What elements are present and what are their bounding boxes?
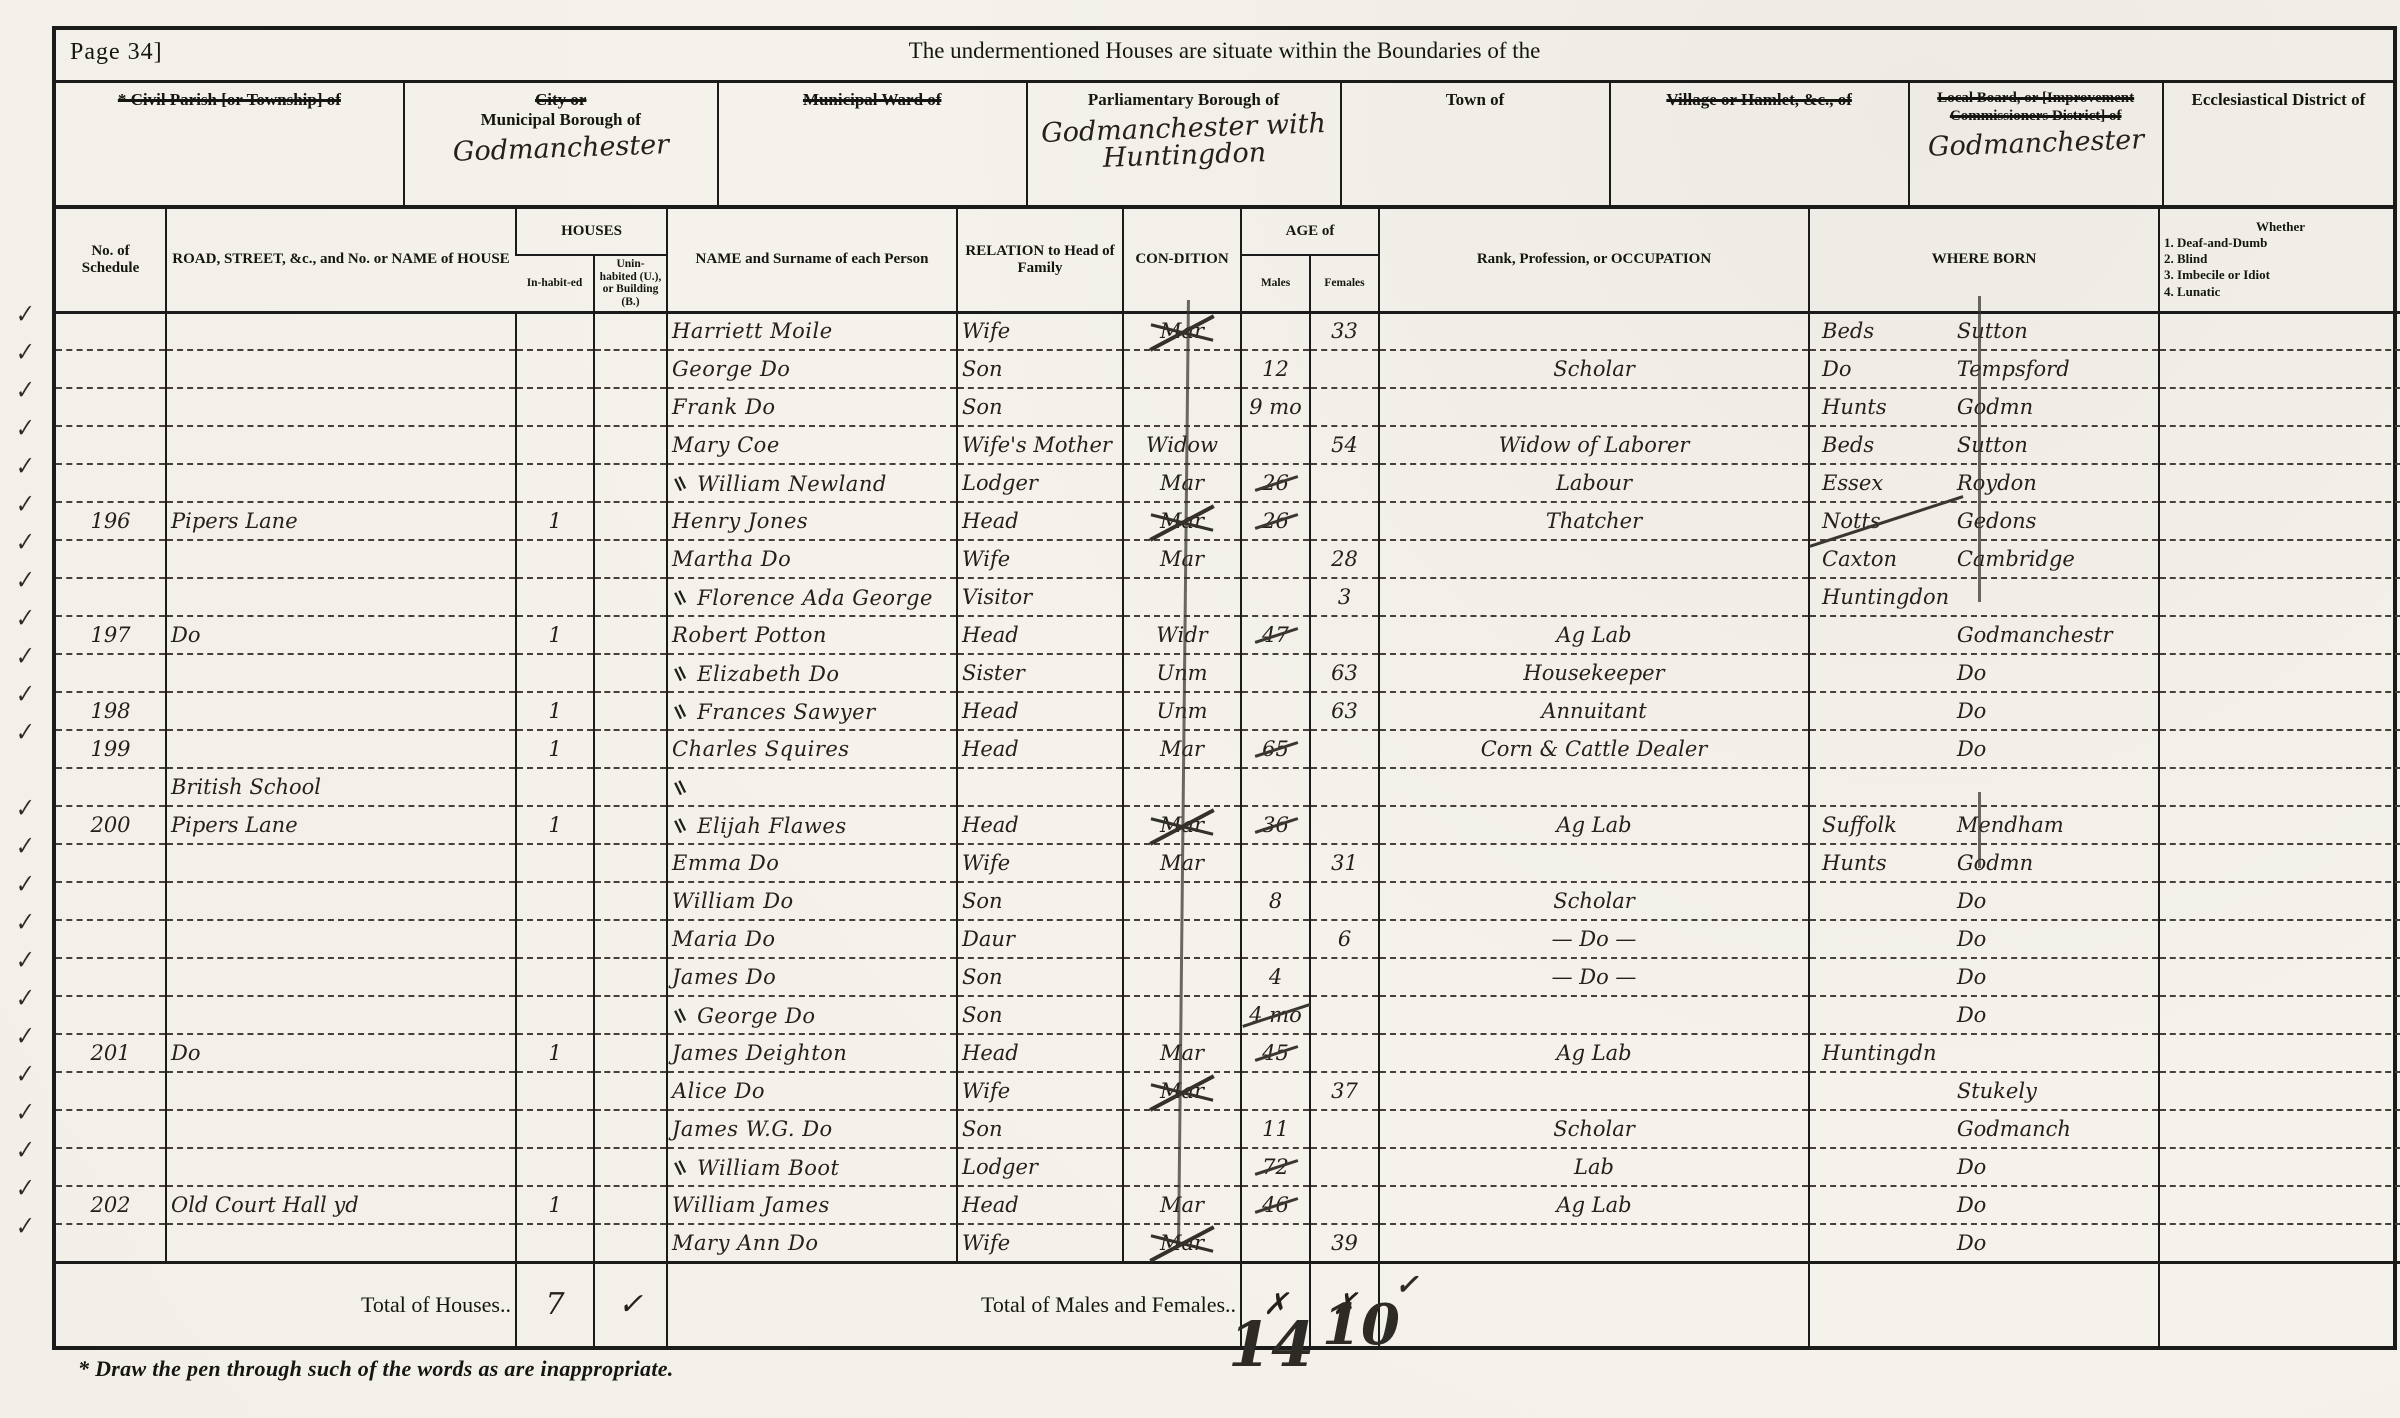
where-born-cell: Godmanchestr <box>1809 616 2159 654</box>
column-headers: No. ofSchedule ROAD, STREET, &c., and No… <box>56 209 2400 312</box>
schedule-cell <box>56 768 166 806</box>
schedule-cell <box>56 958 166 996</box>
whether-cell <box>2159 426 2400 464</box>
age-males-cell: 4 mo <box>1241 996 1310 1034</box>
address-cell <box>166 1110 516 1148</box>
census-row: =Florence Ada GeorgeVisitor3Huntingdon <box>56 578 2400 616</box>
whether-cell <box>2159 654 2400 692</box>
age-males-cell <box>1241 844 1310 882</box>
inhabited-cell: 1 <box>516 502 594 540</box>
occupation-cell <box>1379 578 1809 616</box>
pencil-stroke-born-divider-mid <box>1978 792 1981 868</box>
age-males-cell: 12 <box>1241 350 1310 388</box>
condition-cell: Mar <box>1123 312 1241 350</box>
margin-check-mark: ✓ <box>12 984 36 1013</box>
census-row: 196Pipers Lane1Henry JonesHeadMar26Thatc… <box>56 502 2400 540</box>
whether-cell <box>2159 540 2400 578</box>
age-males-cell: 4 <box>1241 958 1310 996</box>
census-row: =William BootLodger72LabDo <box>56 1148 2400 1186</box>
whether-cell <box>2159 578 2400 616</box>
uninhabited-cell <box>594 1186 667 1224</box>
occupation-cell: Thatcher <box>1379 502 1809 540</box>
age-females-cell: 63 <box>1310 654 1379 692</box>
whether-cell <box>2159 1148 2400 1186</box>
census-row: British School= <box>56 768 2400 806</box>
ecclesiastical-district-value <box>2170 111 2387 119</box>
census-row: 202Old Court Hall yd1William JamesHeadMa… <box>56 1186 2400 1224</box>
relation-cell: Visitor <box>957 578 1123 616</box>
whether-cell <box>2159 844 2400 882</box>
relation-cell: Wife <box>957 312 1123 350</box>
relation-cell: Wife <box>957 1072 1123 1110</box>
occupation-cell: Lab <box>1379 1148 1809 1186</box>
margin-check-mark: ✓ <box>12 490 36 519</box>
schedule-cell: 196 <box>56 502 166 540</box>
age-males-cell: 26 <box>1241 502 1310 540</box>
col-header-name: NAME and Surname of each Person <box>667 209 957 312</box>
age-males-cell <box>1241 578 1310 616</box>
census-row: Mary Ann DoWifeMar39Do <box>56 1224 2400 1262</box>
totals-blank-whether <box>2159 1262 2400 1346</box>
inhabited-cell <box>516 578 594 616</box>
schedule-cell <box>56 350 166 388</box>
age-males-cell: 47 <box>1241 616 1310 654</box>
occupation-cell: Housekeeper <box>1379 654 1809 692</box>
condition-cell <box>1123 578 1241 616</box>
col-header-whether: Whether 1. Deaf-and-Dumb 2. Blind 3. Imb… <box>2159 209 2400 312</box>
census-row: =William NewlandLodgerMar26LabourEssexRo… <box>56 464 2400 502</box>
margin-check-mark: ✓ <box>12 604 36 633</box>
address-cell <box>166 1148 516 1186</box>
margin-check-mark: ✓ <box>12 870 36 899</box>
census-row: Frank DoSon9 moHuntsGodmn <box>56 388 2400 426</box>
occupation-cell: Scholar <box>1379 1110 1809 1148</box>
occupation-cell <box>1379 768 1809 806</box>
where-born-cell: Huntingdn <box>1809 1034 2159 1072</box>
town-label: Town of <box>1348 90 1603 110</box>
inhabited-cell <box>516 388 594 426</box>
inhabited-cell <box>516 350 594 388</box>
col-header-houses: HOUSES <box>516 209 667 255</box>
relation-cell: Son <box>957 350 1123 388</box>
margin-check-mark: ✓ <box>12 680 36 709</box>
occupation-cell: Ag Lab <box>1379 1186 1809 1224</box>
name-cell: Harriett Moile <box>667 312 957 350</box>
relation-cell: Wife's Mother <box>957 426 1123 464</box>
uninhabited-cell <box>594 806 667 844</box>
pencil-check-females-total: ✓ <box>1395 1268 1418 1301</box>
uninhabited-cell <box>594 730 667 768</box>
address-cell <box>166 730 516 768</box>
age-females-cell <box>1310 350 1379 388</box>
name-cell: Mary Coe <box>667 426 957 464</box>
inhabited-cell <box>516 1110 594 1148</box>
margin-check-mark: ✓ <box>12 338 36 367</box>
uninhabited-cell <box>594 578 667 616</box>
name-cell: James Do <box>667 958 957 996</box>
loc-box-parliamentary-borough: Parliamentary Borough of Godmanchester w… <box>1028 83 1342 205</box>
inhabited-cell: 1 <box>516 730 594 768</box>
age-females-cell: 28 <box>1310 540 1379 578</box>
municipal-ward-label: Municipal Ward of <box>725 90 1020 110</box>
whether-cell <box>2159 692 2400 730</box>
whether-cell <box>2159 882 2400 920</box>
name-cell: =Florence Ada George <box>667 578 957 616</box>
form-frame: Page 34] The undermentioned Houses are s… <box>52 26 2397 1350</box>
name-cell: =Elijah Flawes <box>667 806 957 844</box>
address-cell <box>166 426 516 464</box>
page-title: The undermentioned Houses are situate wi… <box>56 38 2393 64</box>
census-row: 1981=Frances SawyerHeadUnm63AnnuitantDo <box>56 692 2400 730</box>
municipal-borough-value: Godmanchester <box>410 130 711 167</box>
whether-cell <box>2159 1110 2400 1148</box>
address-cell <box>166 540 516 578</box>
schedule-cell <box>56 388 166 426</box>
name-cell: =George Do <box>667 996 957 1034</box>
margin-check-mark: ✓ <box>12 1060 36 1089</box>
uninhabited-cell <box>594 654 667 692</box>
margin-check-mark: ✓ <box>12 414 36 443</box>
where-born-cell: Do <box>1809 1186 2159 1224</box>
age-males-cell <box>1241 654 1310 692</box>
schedule-cell <box>56 1110 166 1148</box>
inhabited-cell <box>516 958 594 996</box>
schedule-cell <box>56 464 166 502</box>
occupation-cell: Labour <box>1379 464 1809 502</box>
name-cell: Mary Ann Do <box>667 1224 957 1262</box>
occupation-cell <box>1379 844 1809 882</box>
name-cell: James Deighton <box>667 1034 957 1072</box>
whether-cell <box>2159 1186 2400 1224</box>
schedule-cell <box>56 996 166 1034</box>
schedule-cell <box>56 540 166 578</box>
relation-cell: Head <box>957 730 1123 768</box>
census-row: Maria DoDaur6— Do —Do <box>56 920 2400 958</box>
schedule-cell: 197 <box>56 616 166 654</box>
address-cell <box>166 882 516 920</box>
where-born-cell: HuntsGodmn <box>1809 388 2159 426</box>
inhabited-cell <box>516 654 594 692</box>
page-header: Page 34] The undermentioned Houses are s… <box>56 30 2393 83</box>
occupation-cell: Scholar <box>1379 350 1809 388</box>
occupation-cell: Scholar <box>1379 882 1809 920</box>
where-born-cell: Huntingdon <box>1809 578 2159 616</box>
pencil-total-females: 10 <box>1322 1292 1400 1358</box>
occupation-cell: Ag Lab <box>1379 616 1809 654</box>
col-header-females: Females <box>1310 255 1379 312</box>
schedule-cell <box>56 1224 166 1262</box>
age-males-cell <box>1241 426 1310 464</box>
where-born-cell: EssexRoydon <box>1809 464 2159 502</box>
relation-cell: Lodger <box>957 1148 1123 1186</box>
occupation-cell <box>1379 312 1809 350</box>
where-born-cell: BedsSutton <box>1809 426 2159 464</box>
name-cell: James W.G. Do <box>667 1110 957 1148</box>
age-males-cell <box>1241 1224 1310 1262</box>
age-males-cell <box>1241 768 1310 806</box>
name-cell: Alice Do <box>667 1072 957 1110</box>
address-cell <box>166 692 516 730</box>
age-females-cell <box>1310 882 1379 920</box>
address-cell <box>166 920 516 958</box>
occupation-cell: — Do — <box>1379 958 1809 996</box>
census-row: 201Do1James DeightonHeadMar45Ag LabHunti… <box>56 1034 2400 1072</box>
condition-cell: Mar <box>1123 1224 1241 1262</box>
inhabited-cell: 1 <box>516 1186 594 1224</box>
relation-cell: Son <box>957 996 1123 1034</box>
age-females-cell: 54 <box>1310 426 1379 464</box>
margin-check-mark: ✓ <box>12 1136 36 1165</box>
uninhabited-cell <box>594 996 667 1034</box>
margin-check-mark: ✓ <box>12 908 36 937</box>
census-row: 1991Charles SquiresHeadMar65Corn & Cattl… <box>56 730 2400 768</box>
total-houses-label: Total of Houses.. <box>56 1262 516 1346</box>
local-board-label: Local Board, or [Improvement Commissione… <box>1916 90 2156 125</box>
address-cell <box>166 958 516 996</box>
inhabited-cell <box>516 464 594 502</box>
loc-box-ecclesiastical: Ecclesiastical District of <box>2164 83 2393 205</box>
relation-cell: Head <box>957 806 1123 844</box>
where-born-cell: NottsGedons <box>1809 502 2159 540</box>
uninhabited-cell <box>594 1148 667 1186</box>
census-row: 200Pipers Lane1=Elijah FlawesHeadMar36Ag… <box>56 806 2400 844</box>
margin-check-mark: ✓ <box>12 376 36 405</box>
address-cell: Old Court Hall yd <box>166 1186 516 1224</box>
age-females-cell <box>1310 464 1379 502</box>
col-header-occupation: Rank, Profession, or OCCUPATION <box>1379 209 1809 312</box>
uninhabited-cell <box>594 692 667 730</box>
inhabited-cell <box>516 844 594 882</box>
relation-cell: Son <box>957 882 1123 920</box>
whether-cell <box>2159 1224 2400 1262</box>
occupation-cell: Corn & Cattle Dealer <box>1379 730 1809 768</box>
whether-cell <box>2159 464 2400 502</box>
inhabited-cell: 1 <box>516 692 594 730</box>
name-cell: Henry Jones <box>667 502 957 540</box>
age-females-cell: 63 <box>1310 692 1379 730</box>
margin-check-mark: ✓ <box>12 718 36 747</box>
address-cell: Pipers Lane <box>166 502 516 540</box>
ecclesiastical-district-label: Ecclesiastical District of <box>2170 90 2387 110</box>
age-females-cell: 3 <box>1310 578 1379 616</box>
local-board-value: Godmanchester <box>1915 126 2156 161</box>
civil-parish-label: * Civil Parish [or Township] of <box>62 90 397 110</box>
uninhabited-cell <box>594 350 667 388</box>
age-females-cell <box>1310 502 1379 540</box>
where-born-cell: DoTempsford <box>1809 350 2159 388</box>
census-rows: Harriett MoileWifeMar33BedsSuttonGeorge … <box>56 312 2400 1262</box>
census-row: =Elizabeth DoSisterUnm63HousekeeperDo <box>56 654 2400 692</box>
where-born-cell: Do <box>1809 1148 2159 1186</box>
relation-cell: Head <box>957 1186 1123 1224</box>
margin-check-mark: ✓ <box>12 1212 36 1241</box>
where-born-cell: Do <box>1809 654 2159 692</box>
whether-cell <box>2159 996 2400 1034</box>
whether-cell <box>2159 388 2400 426</box>
age-females-cell: 31 <box>1310 844 1379 882</box>
where-born-cell: Do <box>1809 996 2159 1034</box>
col-header-males: Males <box>1241 255 1310 312</box>
totals-blank-born <box>1809 1262 2159 1346</box>
margin-check-mark: ✓ <box>12 452 36 481</box>
schedule-cell <box>56 920 166 958</box>
address-cell <box>166 1224 516 1262</box>
inhabited-cell <box>516 1224 594 1262</box>
age-females-cell <box>1310 616 1379 654</box>
whether-cell <box>2159 958 2400 996</box>
schedule-cell: 198 <box>56 692 166 730</box>
age-females-cell <box>1310 1148 1379 1186</box>
inhabited-cell <box>516 540 594 578</box>
col-header-inhabited: In-habit-ed <box>516 255 594 312</box>
name-cell: Emma Do <box>667 844 957 882</box>
condition-cell: Mar <box>1123 1072 1241 1110</box>
schedule-cell: 199 <box>56 730 166 768</box>
age-males-cell <box>1241 312 1310 350</box>
col-header-relation: RELATION to Head of Family <box>957 209 1123 312</box>
where-born-cell: SuffolkMendham <box>1809 806 2159 844</box>
census-row: Emma DoWifeMar31HuntsGodmn <box>56 844 2400 882</box>
totals-blank-occupation <box>1379 1262 1809 1346</box>
inhabited-cell <box>516 768 594 806</box>
uninhabited-cell <box>594 426 667 464</box>
inhabited-cell <box>516 1148 594 1186</box>
uninhabited-cell <box>594 1034 667 1072</box>
age-males-cell: 45 <box>1241 1034 1310 1072</box>
uninhabited-cell <box>594 502 667 540</box>
condition-cell: Mar <box>1123 464 1241 502</box>
relation-cell: Head <box>957 692 1123 730</box>
col-header-schedule: No. ofSchedule <box>56 209 166 312</box>
age-males-cell <box>1241 920 1310 958</box>
parliamentary-borough-value: Godmanchester with Huntingdon <box>1033 110 1335 174</box>
pencil-total-males: 14 <box>1228 1308 1314 1381</box>
condition-cell: Mar <box>1123 540 1241 578</box>
age-males-cell: 26 <box>1241 464 1310 502</box>
inhabited-cell <box>516 920 594 958</box>
occupation-cell: Annuitant <box>1379 692 1809 730</box>
margin-check-mark: ✓ <box>12 566 36 595</box>
schedule-cell <box>56 1072 166 1110</box>
age-females-cell: 33 <box>1310 312 1379 350</box>
age-females-cell <box>1310 806 1379 844</box>
schedule-cell <box>56 578 166 616</box>
uninhabited-cell <box>594 1110 667 1148</box>
relation-cell: Wife <box>957 844 1123 882</box>
whether-cell <box>2159 768 2400 806</box>
address-cell <box>166 1072 516 1110</box>
inhabited-cell: 1 <box>516 1034 594 1072</box>
col-header-road: ROAD, STREET, &c., and No. or NAME of HO… <box>166 209 516 312</box>
name-cell: =Frances Sawyer <box>667 692 957 730</box>
schedule-cell <box>56 882 166 920</box>
condition-cell <box>1123 350 1241 388</box>
col-header-age: AGE of <box>1241 209 1379 255</box>
census-row: 197Do1Robert PottonHeadWidr47Ag LabGodma… <box>56 616 2400 654</box>
relation-cell: Son <box>957 388 1123 426</box>
relation-cell: Son <box>957 958 1123 996</box>
uninhabited-cell <box>594 540 667 578</box>
age-females-cell <box>1310 958 1379 996</box>
village-hamlet-label: Village or Hamlet, &c., of <box>1617 90 1902 110</box>
uninhabited-cell <box>594 882 667 920</box>
condition-cell <box>1123 1148 1241 1186</box>
uninhabited-cell <box>594 312 667 350</box>
name-cell: Maria Do <box>667 920 957 958</box>
margin-check-mark: ✓ <box>12 642 36 671</box>
margin-check-mark: ✓ <box>12 794 36 823</box>
footnote: * Draw the pen through such of the words… <box>78 1356 674 1382</box>
where-born-cell: Do <box>1809 920 2159 958</box>
inhabited-cell <box>516 882 594 920</box>
relation-cell: Daur <box>957 920 1123 958</box>
schedule-cell <box>56 1148 166 1186</box>
whether-cell <box>2159 1072 2400 1110</box>
where-born-cell: Do <box>1809 730 2159 768</box>
whether-cell <box>2159 920 2400 958</box>
village-hamlet-value <box>1617 110 1902 120</box>
where-born-cell: Do <box>1809 958 2159 996</box>
condition-cell: Widow <box>1123 426 1241 464</box>
where-born-cell: Godmanch <box>1809 1110 2159 1148</box>
age-females-cell <box>1310 1034 1379 1072</box>
where-born-cell <box>1809 768 2159 806</box>
age-females-cell: 6 <box>1310 920 1379 958</box>
name-cell: George Do <box>667 350 957 388</box>
col-header-where-born: WHERE BORN <box>1809 209 2159 312</box>
relation-cell: Wife <box>957 1224 1123 1262</box>
loc-box-village: Village or Hamlet, &c., of <box>1611 83 1910 205</box>
relation-cell: Head <box>957 616 1123 654</box>
census-row: Harriett MoileWifeMar33BedsSutton <box>56 312 2400 350</box>
loc-box-local-board: Local Board, or [Improvement Commissione… <box>1910 83 2164 205</box>
where-born-cell: CaxtonCambridge <box>1809 540 2159 578</box>
city-or-label: City or <box>535 90 586 109</box>
schedule-cell <box>56 312 166 350</box>
margin-check-mark: ✓ <box>12 1022 36 1051</box>
whether-cell <box>2159 730 2400 768</box>
uninhabited-cell <box>594 388 667 426</box>
total-uninhabited-check: ✓ <box>594 1262 667 1346</box>
occupation-cell <box>1379 388 1809 426</box>
census-row: George DoSon12ScholarDoTempsford <box>56 350 2400 388</box>
margin-check-mark: ✓ <box>12 1174 36 1203</box>
age-females-cell <box>1310 730 1379 768</box>
schedule-cell <box>56 844 166 882</box>
inhabited-cell <box>516 1072 594 1110</box>
inhabited-cell <box>516 426 594 464</box>
address-cell <box>166 312 516 350</box>
where-born-cell: HuntsGodmn <box>1809 844 2159 882</box>
age-males-cell: 46 <box>1241 1186 1310 1224</box>
occupation-cell <box>1379 1224 1809 1262</box>
schedule-cell: 200 <box>56 806 166 844</box>
occupation-cell: — Do — <box>1379 920 1809 958</box>
margin-check-mark: ✓ <box>12 1098 36 1127</box>
where-born-cell: Do <box>1809 882 2159 920</box>
condition-cell: Mar <box>1123 502 1241 540</box>
civil-parish-value <box>62 109 397 121</box>
total-males-females-label: Total of Males and Females.. <box>667 1262 1241 1346</box>
margin-check-mark: ✓ <box>12 832 36 861</box>
whether-cell <box>2159 616 2400 654</box>
name-cell: William James <box>667 1186 957 1224</box>
census-row: Alice DoWifeMar37Stukely <box>56 1072 2400 1110</box>
age-females-cell: 37 <box>1310 1072 1379 1110</box>
whether-cell <box>2159 806 2400 844</box>
whether-cell <box>2159 1034 2400 1072</box>
margin-check-mark: ✓ <box>12 946 36 975</box>
